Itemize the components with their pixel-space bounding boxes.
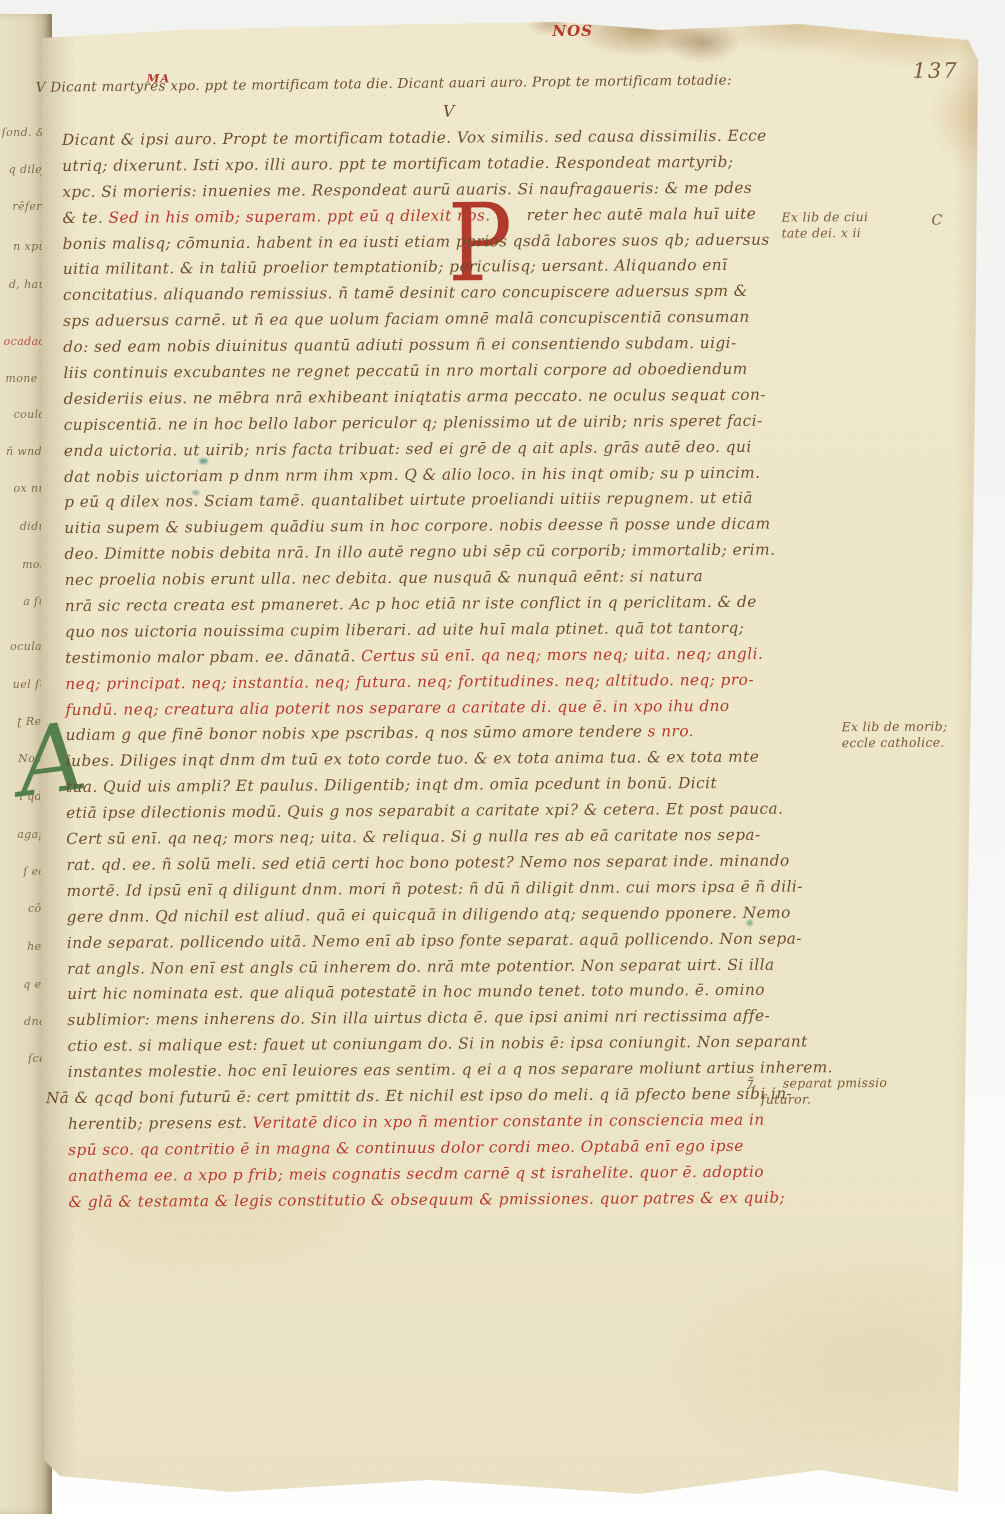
text-run: bonis malisq; cōmunia. habent in ea iust… — [63, 230, 770, 252]
text-line: & te. Sed in his omib; superam. ppt eū q… — [62, 201, 770, 231]
text-run: nec proelia nobis erunt ulla. nec debita… — [65, 567, 704, 589]
margin-note-line: Ex lib de ciui — [781, 209, 868, 226]
text-run: udiam g que finē bonor nobis xpe pscriba… — [66, 723, 648, 745]
ink-speck — [192, 490, 199, 495]
text-run: utriq; dixerunt. Isti xpo. illi auro. pp… — [62, 153, 733, 175]
rubric-run: Veritatē dico in xpo ñ mentior constante… — [253, 1111, 765, 1132]
text-run: sps aduersus carnē. ut ñ ea que uolum fa… — [63, 308, 750, 330]
text-line: cupiscentiā. ne in hoc bello labor peric… — [64, 408, 772, 438]
quire-mark: V — [443, 102, 455, 121]
text-run: inde separat. pollicendo uitā. Nemo enī … — [67, 929, 802, 951]
margin-note-line: tate dei. x ii — [782, 225, 869, 242]
text-run: gere dnm. Qd nichil est aliud. quā ei qu… — [67, 903, 791, 925]
text-line: gere dnm. Qd nichil est aliud. quā ei qu… — [67, 900, 775, 930]
text-run: etiā ipse dilectionis modū. Quis g nos s… — [66, 800, 783, 822]
text-run: quo nos uictoria nouissima cupim liberar… — [65, 619, 744, 641]
text-line: quo nos uictoria nouissima cupim liberar… — [65, 616, 773, 646]
rubric-run: Certus sū enī. qa neq; mors neq; uita. n… — [361, 645, 763, 665]
text-run: tua. Quid uis ampli? Et paulus. Diligent… — [66, 774, 717, 796]
text-run: ctio est. si malique est: fauet ut coniu… — [67, 1033, 807, 1056]
text-run: deo. Dimitte nobis debita nrā. In illo a… — [64, 541, 775, 563]
rubric-run: spū sco. qa contritio ē in magna & conti… — [68, 1137, 744, 1159]
interlinear-correction-ma: MA — [147, 71, 171, 85]
text-run: do: sed eam nobis diuinitus quantū adiut… — [63, 334, 736, 356]
renvoi-mark: ⁊̃. — [746, 1076, 757, 1092]
text-line: spū sco. qa contritio ē in magna & conti… — [68, 1133, 776, 1163]
margin-note-separat: separat pmissio futuror. — [761, 1075, 888, 1108]
rubric-run: anathema ee. a xpo p frib; meis cognatis… — [68, 1162, 764, 1184]
text-line: rat. qd. ee. ñ solū meli. sed etiā certi… — [66, 849, 774, 879]
running-header: V Dicant martyres xpo. ppt te mortificam… — [36, 72, 760, 96]
text-run: p eū q dilex nos. Sciam tamē. quantalibe… — [64, 489, 753, 511]
rubric-run: Sed in his omib; superam. ppt eū q dilex… — [109, 206, 491, 226]
rubric-run: neq; principat. neq; instantia. neq; fut… — [65, 670, 754, 692]
text-line: desideriis eius. ne mēbra nrā exhibeant … — [64, 383, 772, 413]
text-run: enda uictoria. ut uirib; nris facta trib… — [64, 437, 752, 459]
text-run: sublimior: mens inherens do. Sin illa ui… — [67, 1007, 770, 1029]
text-run: concitatius. aliquando remissius. ñ tamē… — [63, 282, 748, 304]
text-run: Cert sū enī. qa neq; mors neq; uita. & r… — [66, 826, 760, 848]
text-run: mortē. Id ipsū enī q diligunt dnm. mori … — [67, 877, 803, 899]
text-run: uirt hic nominata est. que aliquā potest… — [67, 981, 765, 1003]
text-run: uitia supem & subiugem quādiu sum in hoc… — [64, 515, 770, 537]
text-line: anathema ee. a xpo p frib; meis cognatis… — [68, 1159, 776, 1189]
text-line: testimonio malor pbam. ee. dānatā. Certu… — [65, 641, 773, 671]
ink-speck — [199, 458, 208, 464]
text-run: herentib; presens est. — [68, 1114, 253, 1133]
writing-layer: 137 V Dicant martyres xpo. ppt te mortif… — [0, 0, 1005, 1536]
text-line: neq; principat. neq; instantia. neq; fut… — [65, 667, 773, 697]
text-run: cupiscentiā. ne in hoc bello labor peric… — [64, 412, 763, 434]
ink-speck — [747, 920, 753, 926]
text-run: liis continuis excubantes ne regnet pecc… — [63, 360, 747, 382]
text-run: xpc. Si morieris: inuenies me. Respondea… — [62, 179, 752, 201]
rubric-run: s nro. — [648, 723, 694, 741]
margin-note-line: separat pmissio — [761, 1075, 888, 1092]
margin-note-line: futuror. — [761, 1091, 888, 1108]
text-line: herentib; presens est. Veritatē dico in … — [68, 1107, 776, 1137]
text-run: reter hec autē mala huī uite — [527, 204, 757, 223]
text-line: enda uictoria. ut uirib; nris facta trib… — [64, 434, 772, 464]
text-run: iubes. Diliges inqt dnm dm tuū ex toto c… — [66, 748, 759, 770]
text-run: & te. — [62, 208, 108, 226]
text-line: utriq; dixerunt. Isti xpo. illi auro. pp… — [62, 150, 770, 180]
interlinear-correction-nos: NOS — [552, 22, 593, 40]
text-line: mortē. Id ipsū enī q diligunt dnm. mori … — [67, 874, 775, 904]
text-line: & glā & testamta & legis constitutio & o… — [68, 1185, 776, 1215]
text-run: dat nobis uictoriam p dnm nrm ihm xpm. Q… — [64, 463, 760, 485]
text-line: inde separat. pollicendo uitā. Nemo enī … — [67, 926, 775, 956]
text-run: nrā sic recta creata est pmaneret. Ac p … — [65, 593, 757, 615]
folio-number: 137 — [913, 59, 959, 83]
margin-chapter-letter: C — [931, 213, 942, 229]
rubric-run: fundū. neq; creatura alia poterit nos se… — [65, 697, 729, 719]
margin-note-line: Ex lib de morib; — [842, 719, 948, 736]
margin-note-moribus: Ex lib de morib; eccle catholice. — [842, 719, 948, 752]
rubric-run: & glā & testamta & legis constitutio & o… — [68, 1188, 785, 1210]
text-run: instantes molestie. hoc enī leuiores eas… — [68, 1058, 833, 1081]
margin-note-civitate: Ex lib de ciui tate dei. x ii — [781, 209, 868, 242]
text-line: xpc. Si morieris: inuenies me. Respondea… — [62, 175, 770, 205]
text-run: Nā & qcqd boni futurū ē: cert pmittit ds… — [46, 1084, 792, 1107]
text-run: testimonio malor pbam. ee. dānatā. — [65, 647, 361, 667]
text-run: uitia militant. & in taliū proelior temp… — [63, 256, 728, 278]
manuscript-photo: ſond. &q dilejrēfer:n xpūd, hauocadadmon… — [0, 0, 1005, 1536]
margin-note-line: eccle catholice. — [842, 735, 948, 752]
main-text-block: Dicant & ipsi auro. Propt te mortificam … — [62, 124, 777, 1216]
text-run: Dicant & ipsi auro. Propt te mortificam … — [62, 127, 767, 149]
text-run: desideriis eius. ne mēbra nrā exhibeant … — [64, 386, 766, 408]
text-run: rat angls. Non enī est angls cū inherem … — [67, 955, 775, 977]
text-run: rat. qd. ee. ñ solū meli. sed etiā certi… — [66, 851, 789, 873]
